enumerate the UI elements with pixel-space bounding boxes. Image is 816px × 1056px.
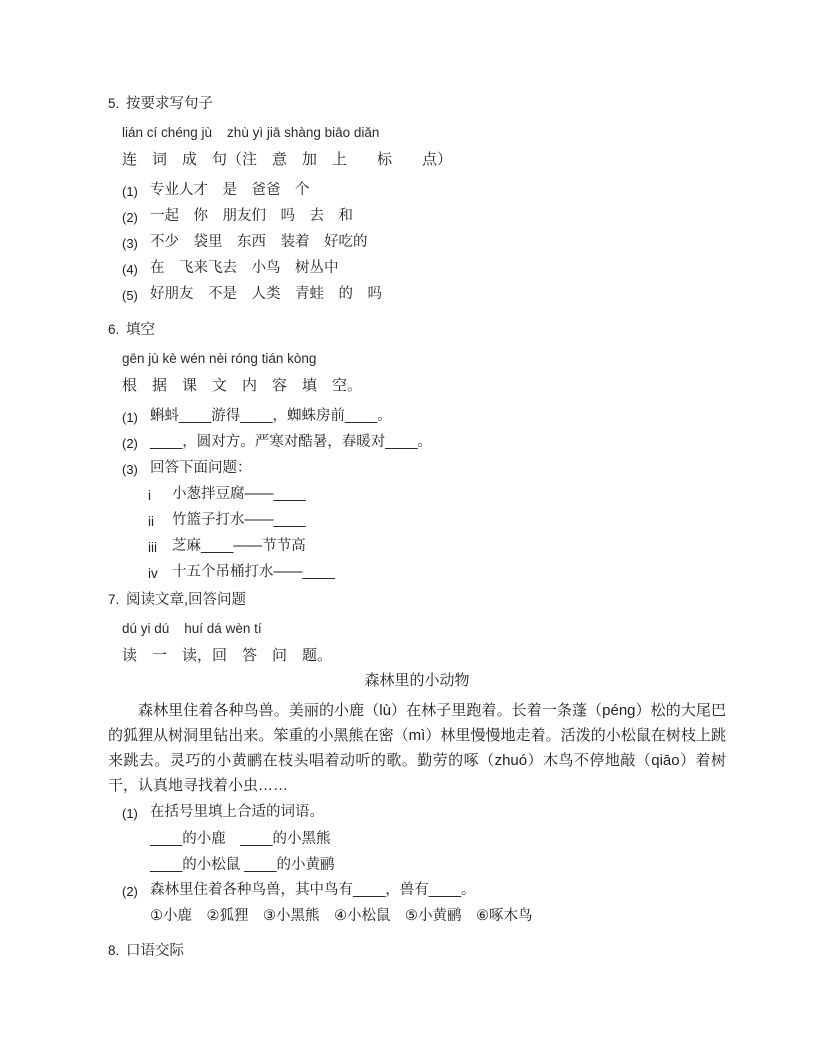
sub-list-item: iii芝麻____——节节高 xyxy=(148,534,726,560)
roman-numeral: i xyxy=(148,482,172,508)
question-7-items: (1)在括号里填上合适的词语。 ____的小鹿 ____的小黑熊 ____的小松… xyxy=(108,800,726,929)
question-5-instruction: 连 词 成 句（注 意 加 上 标 点） xyxy=(122,147,726,172)
roman-numeral: iii xyxy=(148,534,172,560)
question-7: 7.阅读文章,回答问题 dú yi dú huí dá wèn tí 读 一 读… xyxy=(108,590,726,929)
question-7-title: 阅读文章,回答问题 xyxy=(126,592,246,608)
item-number: (3) xyxy=(122,456,150,482)
question-6-title: 填空 xyxy=(126,322,155,338)
item-text: 好朋友 不是 人类 青蛙 的 吗 xyxy=(150,282,382,308)
item-text: 森林里住着各种鸟兽，其中鸟有____，兽有____。 xyxy=(150,878,476,904)
question-5-heading: 5.按要求写句子 xyxy=(108,94,726,114)
item-number: (5) xyxy=(122,282,150,308)
item-text: 专业人才 是 爸爸 个 xyxy=(150,178,310,204)
item-number: (3) xyxy=(122,230,150,256)
question-6: 6.填空 gēn jù kè wén nèi róng tián kòng 根 … xyxy=(108,320,726,586)
item-text: 竹篮子打水——____ xyxy=(172,508,306,534)
question-5: 5.按要求写句子 lián cí chéng jù zhù yì jiā shà… xyxy=(108,94,726,308)
item-text: 不少 袋里 东西 装着 好吃的 xyxy=(150,230,368,256)
question-7-heading: 7.阅读文章,回答问题 xyxy=(108,590,726,610)
choice-options: ①小鹿 ②狐狸 ③小黑熊 ④小松鼠 ⑤小黄鹂 ⑥啄木鸟 xyxy=(150,904,726,929)
question-6-items: (1)蝌蚪____游得____，蜘蛛房前____。 (2)____，圆对方。严寒… xyxy=(108,404,726,586)
worksheet-page: 5.按要求写句子 lián cí chéng jù zhù yì jiā shà… xyxy=(0,0,816,1056)
question-5-items: (1)专业人才 是 爸爸 个 (2)一起 你 朋友们 吗 去 和 (3)不少 袋… xyxy=(108,178,726,308)
sub-list-item: ii竹篮子打水——____ xyxy=(148,508,726,534)
sub-list-item: i小葱拌豆腐——____ xyxy=(148,482,726,508)
passage-text: 森林里住着各种鸟兽。美丽的小鹿（lù）在林子里跑着。长着一条蓬（péng）松的大… xyxy=(108,698,726,798)
question-8-number: 8. xyxy=(108,941,126,961)
item-number: (1) xyxy=(122,404,150,430)
fill-blank-row: ____的小鹿 ____的小黑熊 xyxy=(150,826,726,852)
question-5-pinyin: lián cí chéng jù zhù yì jiā shàng biāo d… xyxy=(122,123,726,143)
list-item: (1)在括号里填上合适的词语。 xyxy=(122,800,726,826)
passage-title: 森林里的小动物 xyxy=(108,668,726,693)
question-8-title: 口语交际 xyxy=(126,943,184,959)
question-6-number: 6. xyxy=(108,320,126,340)
question-8-heading: 8.口语交际 xyxy=(108,941,726,961)
question-7-number: 7. xyxy=(108,590,126,610)
list-item: (3)不少 袋里 东西 装着 好吃的 xyxy=(122,230,726,256)
list-item: (3)回答下面问题： xyxy=(122,456,726,482)
question-6-pinyin: gēn jù kè wén nèi róng tián kòng xyxy=(122,349,726,369)
question-5-number: 5. xyxy=(108,94,126,114)
item-number: (1) xyxy=(122,800,150,826)
item-text: ____，圆对方。严寒对酷暑，春暖对____。 xyxy=(150,430,432,456)
item-number: (2) xyxy=(122,430,150,456)
item-text: 一起 你 朋友们 吗 去 和 xyxy=(150,204,353,230)
list-item: (2)森林里住着各种鸟兽，其中鸟有____，兽有____。 xyxy=(122,878,726,904)
fill-blank-row: ____的小松鼠 ____的小黄鹂 xyxy=(150,852,726,878)
item-number: (4) xyxy=(122,256,150,282)
item-text: 蝌蚪____游得____，蜘蛛房前____。 xyxy=(150,404,392,430)
item-text: 小葱拌豆腐——____ xyxy=(172,482,306,508)
sub-list-item: iv十五个吊桶打水——____ xyxy=(148,560,726,586)
roman-numeral: iv xyxy=(148,560,172,586)
question-6-heading: 6.填空 xyxy=(108,320,726,340)
item-text: 回答下面问题： xyxy=(150,456,252,482)
list-item: (5)好朋友 不是 人类 青蛙 的 吗 xyxy=(122,282,726,308)
question-7-pinyin: dú yi dú huí dá wèn tí xyxy=(122,619,726,639)
item-text: 在括号里填上合适的词语。 xyxy=(150,800,324,826)
item-text: 芝麻____——节节高 xyxy=(172,534,306,560)
roman-numeral: ii xyxy=(148,508,172,534)
item-number: (2) xyxy=(122,878,150,904)
list-item: (2)____，圆对方。严寒对酷暑，春暖对____。 xyxy=(122,430,726,456)
question-5-title: 按要求写句子 xyxy=(126,96,213,112)
item-number: (1) xyxy=(122,178,150,204)
item-text: 在 飞来飞去 小鸟 树丛中 xyxy=(150,256,339,282)
list-item: (1)蝌蚪____游得____，蜘蛛房前____。 xyxy=(122,404,726,430)
list-item: (2)一起 你 朋友们 吗 去 和 xyxy=(122,204,726,230)
list-item: (4)在 飞来飞去 小鸟 树丛中 xyxy=(122,256,726,282)
question-8: 8.口语交际 xyxy=(108,941,726,961)
list-item: (1)专业人才 是 爸爸 个 xyxy=(122,178,726,204)
question-6-instruction: 根 据 课 文 内 容 填 空。 xyxy=(122,373,726,398)
question-7-instruction: 读 一 读，回 答 问 题。 xyxy=(122,643,726,668)
item-number: (2) xyxy=(122,204,150,230)
item-text: 十五个吊桶打水——____ xyxy=(172,560,335,586)
